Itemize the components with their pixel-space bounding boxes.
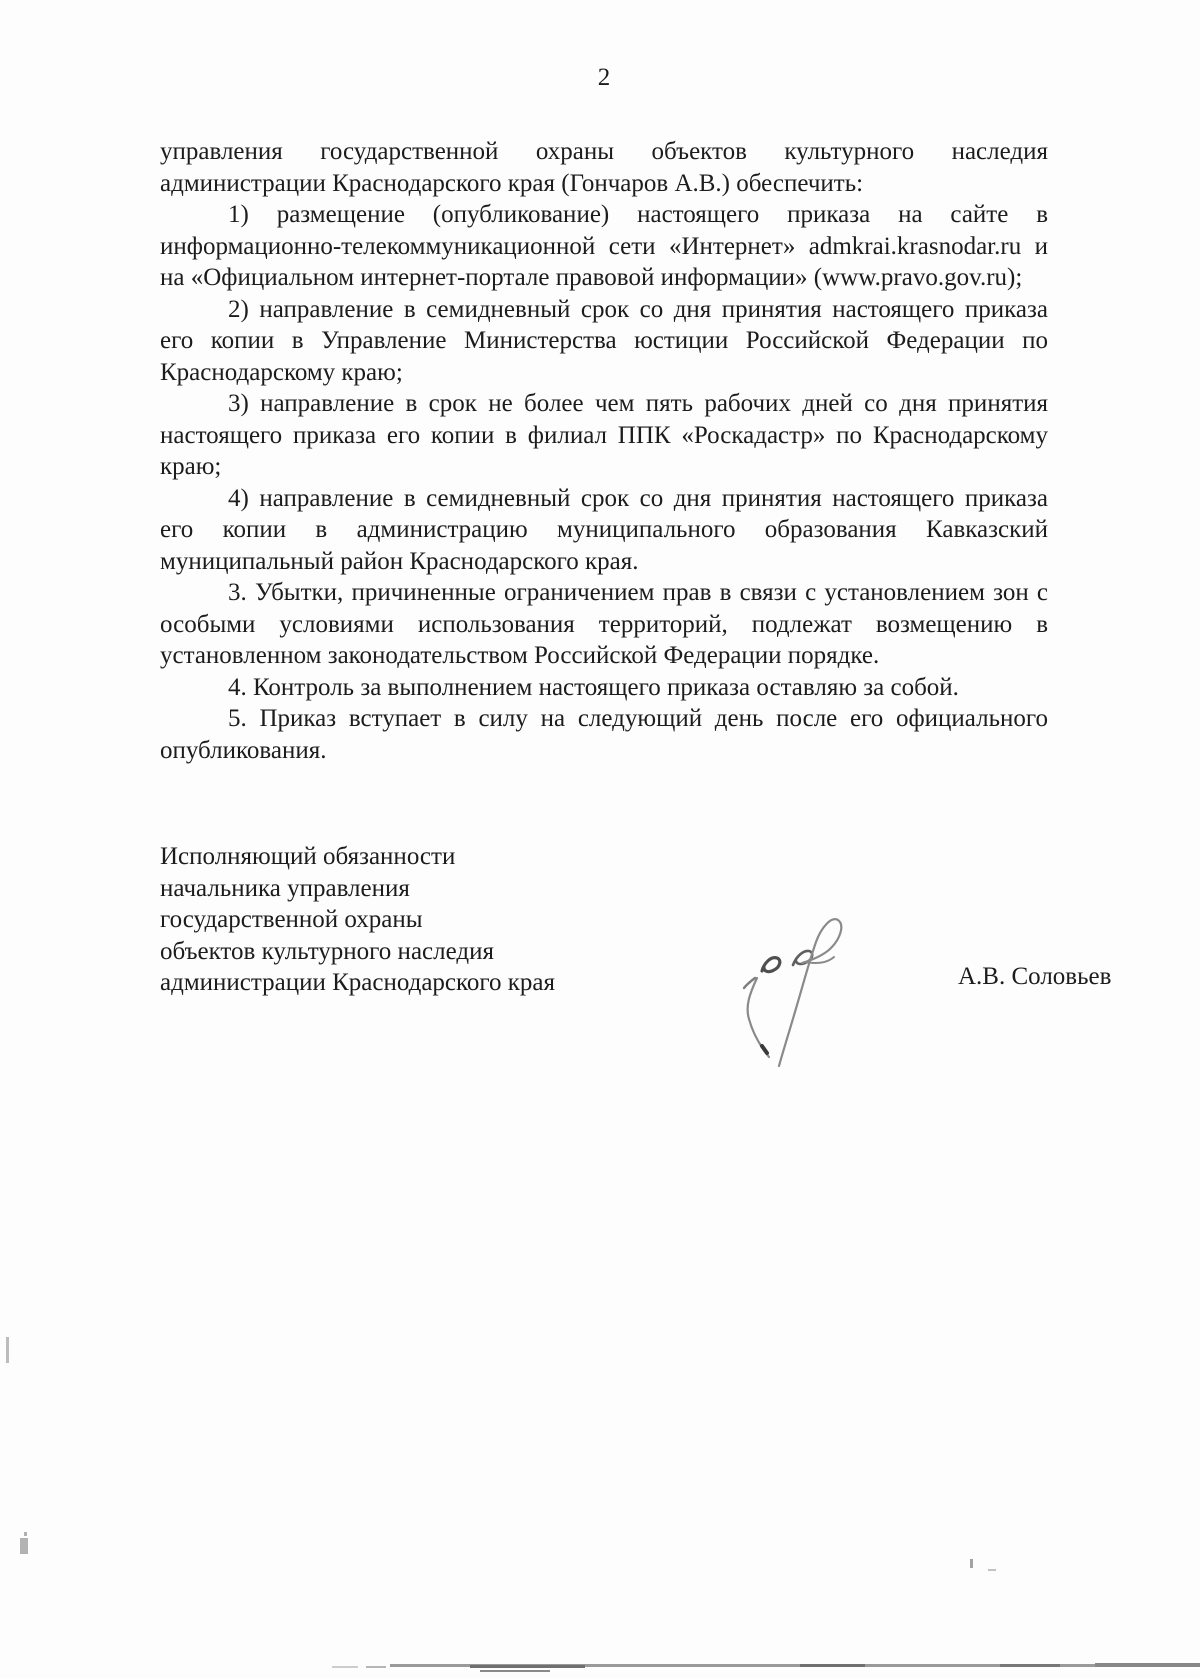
body-line: его копии в Управление Министерства юсти… bbox=[160, 325, 1048, 357]
signatory-title-line: администрации Краснодарского края bbox=[160, 967, 720, 999]
body-line: 3) направление в срок не более чем пять … bbox=[160, 388, 1048, 420]
signatory-title-line: Исполняющий обязанности bbox=[160, 841, 720, 873]
scan-artifact-bottom-segment bbox=[470, 1665, 585, 1668]
body-line: 4) направление в семидневный срок со дня… bbox=[160, 483, 1048, 515]
body-line: 2) направление в семидневный срок со дня… bbox=[160, 294, 1048, 326]
body-line: настоящего приказа его копии в филиал ПП… bbox=[160, 420, 1048, 452]
signatory-title-line: государственной охраны bbox=[160, 904, 720, 936]
body-line: на «Официальном интернет-портале правово… bbox=[160, 262, 1048, 294]
body-line: его копии в администрацию муниципального… bbox=[160, 514, 1048, 546]
body-line: краю; bbox=[160, 451, 1048, 483]
scan-artifact-speck bbox=[970, 1559, 973, 1568]
scan-artifact-bottom-dots bbox=[480, 1670, 550, 1672]
body-line: 3. Убытки, причиненные ограничением прав… bbox=[160, 577, 1048, 609]
signature-icon bbox=[690, 848, 890, 1078]
scan-artifact-left-edge-mark bbox=[20, 1538, 28, 1554]
body-line: управления государственной охраны объект… bbox=[160, 136, 1048, 168]
scan-artifact-bottom-segment bbox=[1095, 1663, 1200, 1667]
scan-artifact-bottom-dash bbox=[332, 1666, 358, 1668]
body-line: администрации Краснодарского края (Гонча… bbox=[160, 168, 1048, 200]
signatory-title-line: объектов культурного наследия bbox=[160, 936, 720, 968]
scan-artifact-left-edge-dot bbox=[24, 1532, 27, 1536]
scan-artifact-bottom-segment bbox=[800, 1664, 865, 1667]
signatory-title-block: Исполняющий обязанностиначальника управл… bbox=[160, 841, 720, 999]
page-number: 2 bbox=[160, 62, 1048, 93]
scan-artifact-speck bbox=[988, 1569, 996, 1571]
scan-artifact-bottom-segment bbox=[1000, 1664, 1060, 1667]
body-line: особыми условиями использования территор… bbox=[160, 609, 1048, 641]
scan-artifact-left-edge-tick bbox=[6, 1337, 9, 1363]
body-line: 5. Приказ вступает в силу на следующий д… bbox=[160, 703, 1048, 735]
body-line: Краснодарскому краю; bbox=[160, 357, 1048, 389]
signatory-title-line: начальника управления bbox=[160, 873, 720, 905]
order-body-text: управления государственной охраны объект… bbox=[160, 136, 1048, 766]
signee-name: А.В. Соловьев bbox=[958, 961, 1111, 992]
body-line: 1) размещение (опубликование) настоящего… bbox=[160, 199, 1048, 231]
body-line: установленном законодательством Российск… bbox=[160, 640, 1048, 672]
document-page: 2 управления государственной охраны объе… bbox=[0, 0, 1200, 1679]
body-line: муниципальный район Краснодарского края. bbox=[160, 546, 1048, 578]
body-line: информационно-телекоммуникационной сети … bbox=[160, 231, 1048, 263]
body-line: опубликования. bbox=[160, 735, 1048, 767]
scan-artifact-bottom-dash bbox=[366, 1666, 386, 1668]
body-line: 4. Контроль за выполнением настоящего пр… bbox=[160, 672, 1048, 704]
